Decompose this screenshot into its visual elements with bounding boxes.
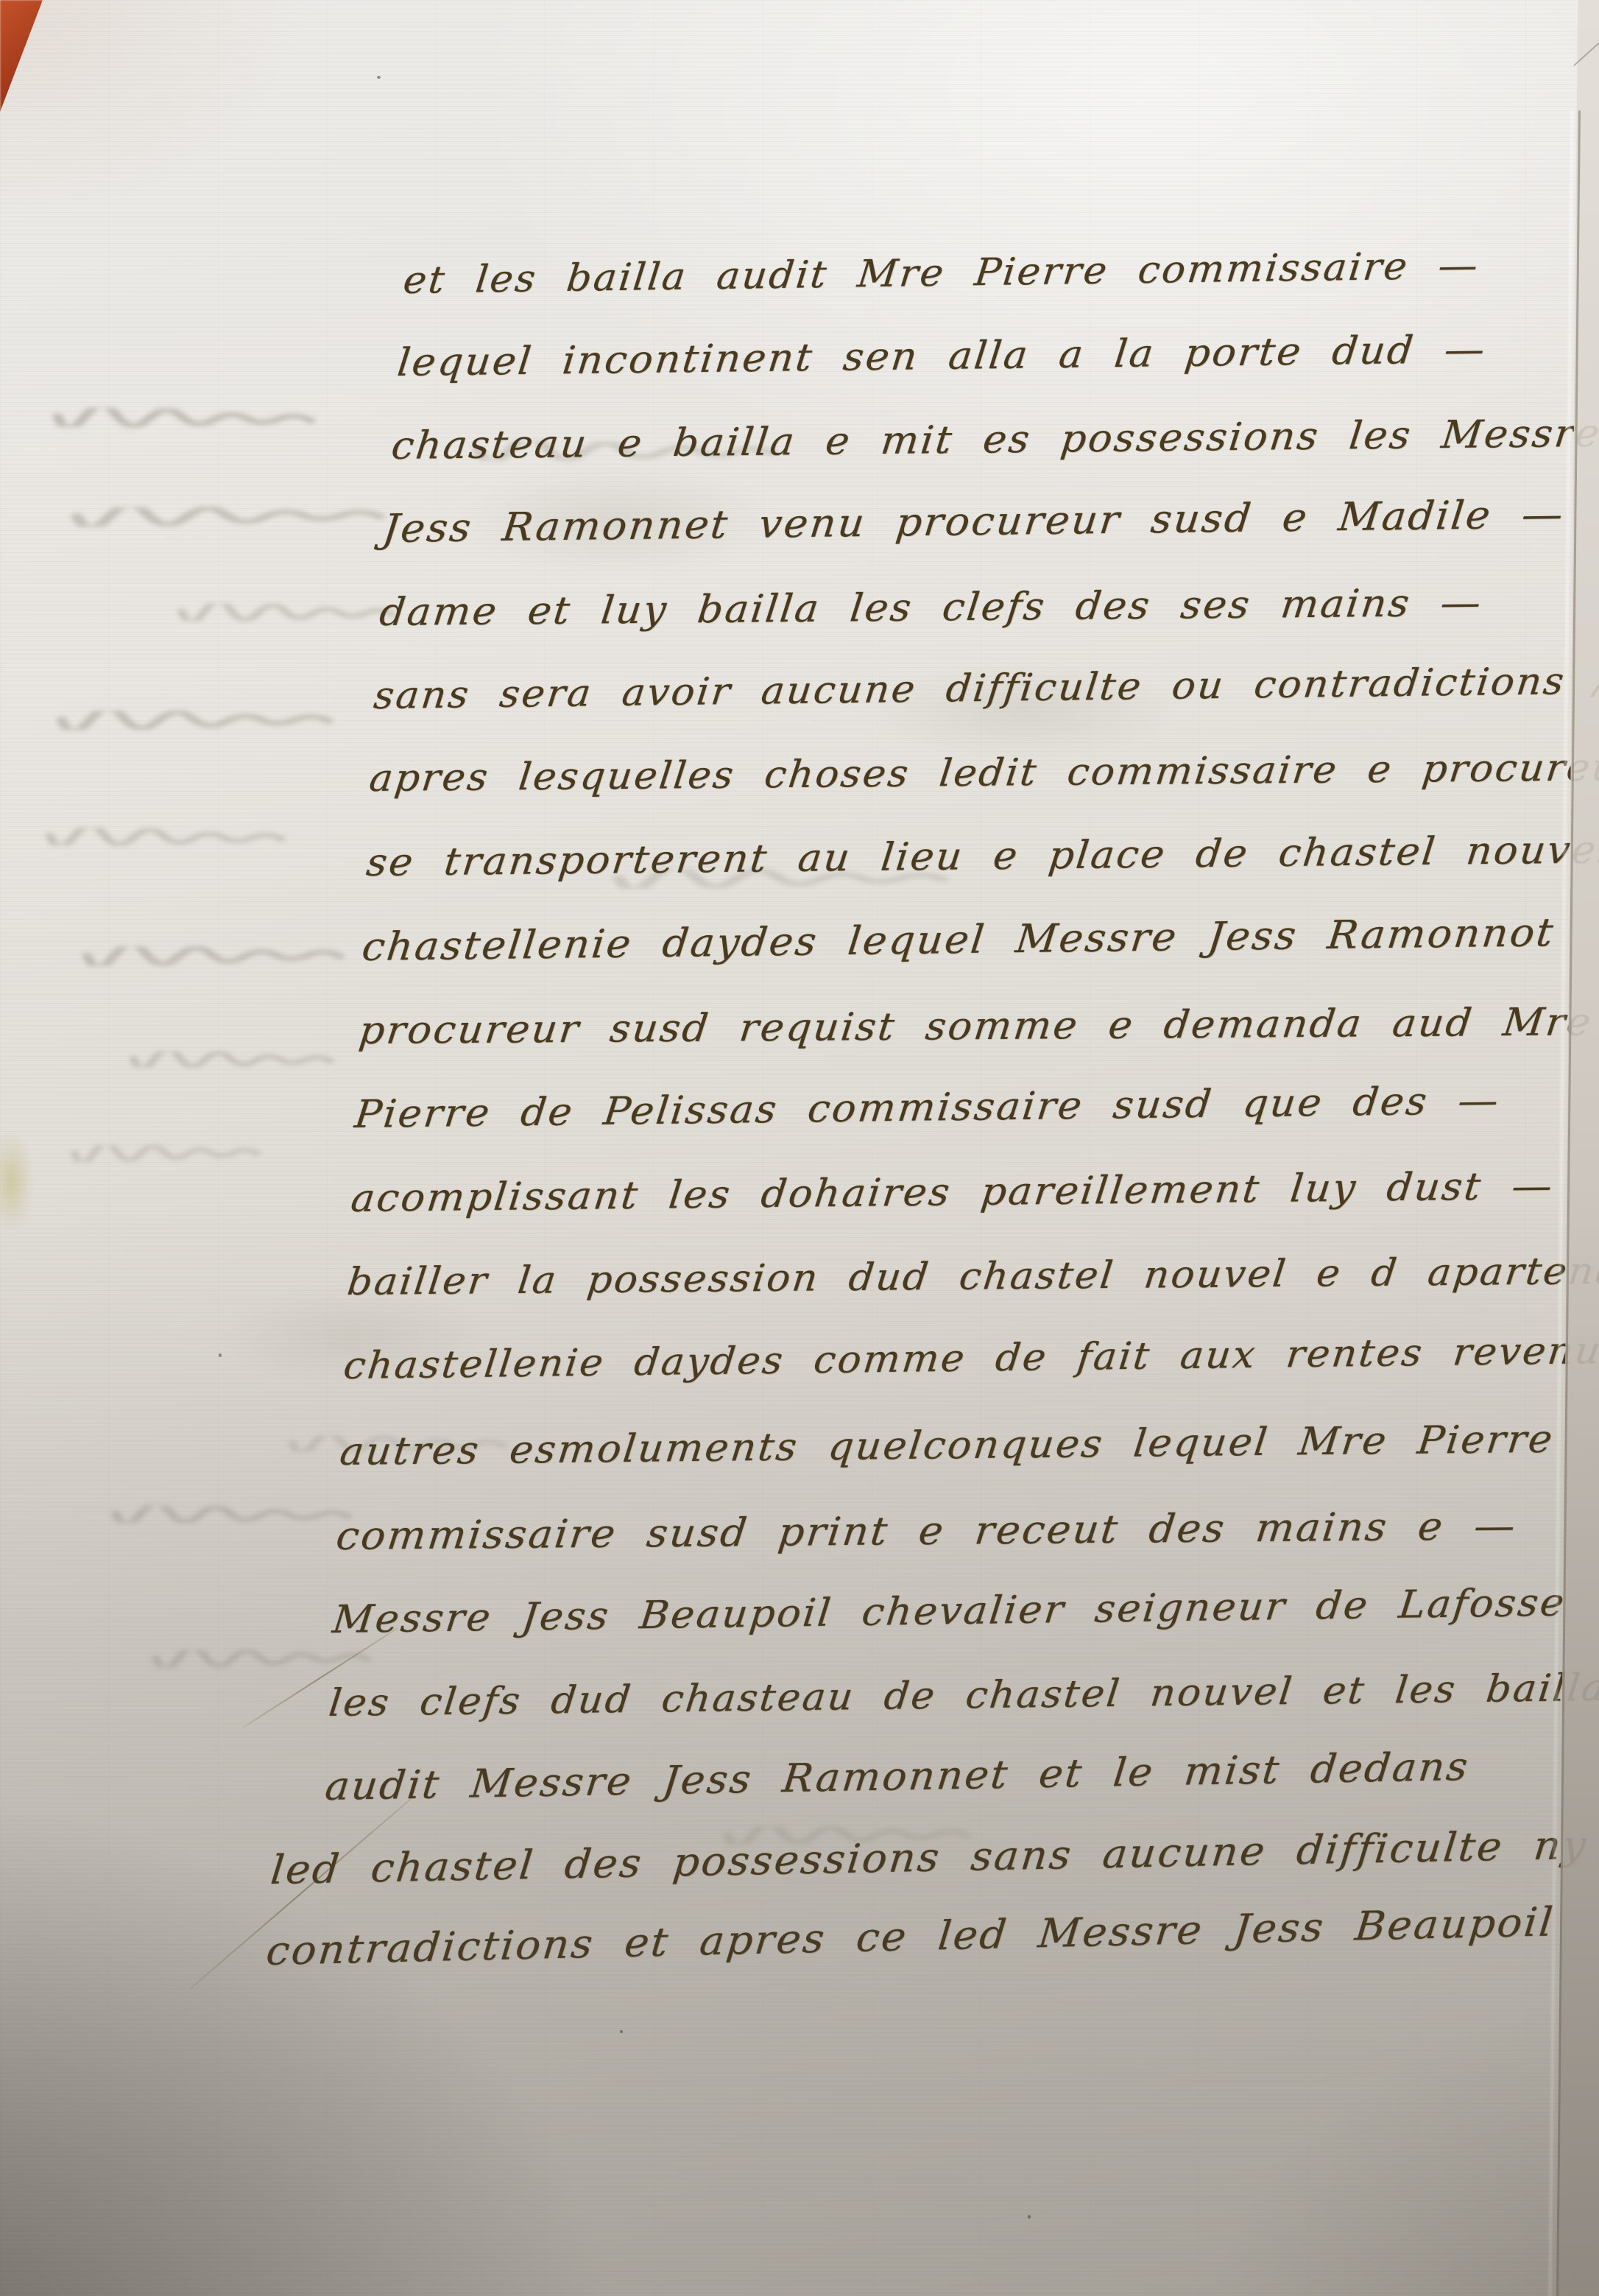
manuscript-line: autres esmoluments quelconques lequel Mr… <box>338 1418 1556 1474</box>
manuscript-line: chasteau e bailla e mit es possessions l… <box>389 411 1599 468</box>
manuscript-line: chastellenie daydes lequel Messre Jess R… <box>360 910 1557 970</box>
manuscript-line: dame et luy bailla les clefs des ses mai… <box>378 581 1485 635</box>
dirt-speck <box>620 2030 623 2033</box>
dirt-speck <box>1215 1611 1218 1614</box>
show-through-mark <box>55 710 335 730</box>
book-cover-corner <box>0 0 43 112</box>
manuscript-line: Messre Jess Beaupoil chevalier seigneur … <box>331 1581 1568 1642</box>
manuscript-line: apres lesquelles choses ledit commissair… <box>367 746 1599 800</box>
dirt-speck <box>1028 2215 1031 2219</box>
show-through-mark <box>44 828 287 847</box>
manuscript-line: se transporterent au lieu e place de cha… <box>364 828 1599 885</box>
manuscript-line: contradictions et apres ce led Messre Je… <box>264 1898 1557 1974</box>
manuscript-line: les clefs dud chasteau de chastel nouvel… <box>327 1666 1599 1725</box>
show-through-mark <box>70 505 386 527</box>
dirt-speck <box>219 1353 222 1357</box>
manuscript-line: lequel incontinent sen alla a la porte d… <box>395 328 1489 385</box>
show-through-mark <box>52 407 317 429</box>
manuscript-line: acomplissant les dohaires pareillement l… <box>349 1164 1556 1221</box>
ink-stain <box>0 1133 32 1230</box>
dirt-speck <box>377 76 381 79</box>
manuscript-line: et les bailla audit Mre Pierre commissai… <box>401 244 1482 303</box>
show-through-mark <box>81 945 346 966</box>
manuscript-line: bailler la possession dud chastel nouvel… <box>345 1249 1599 1304</box>
show-through-mark <box>177 603 398 622</box>
manuscript-line: procureur susd requist somme e demanda a… <box>357 1000 1595 1053</box>
manuscript-line: chastellenie daydes comme de fait aux re… <box>342 1328 1599 1388</box>
manuscript-line: sans sera avoir aucune difficulte ou con… <box>372 659 1599 718</box>
show-through-mark <box>110 1505 353 1524</box>
manuscript-line: commissaire susd print e receut des main… <box>334 1504 1519 1559</box>
show-through-mark <box>70 1144 261 1162</box>
manuscript-page-photo: et les bailla audit Mre Pierre commissai… <box>0 0 1599 2296</box>
manuscript-line: Pierre de Pelissas commissaire susd que … <box>353 1079 1503 1137</box>
show-through-mark <box>129 1052 335 1068</box>
manuscript-line: audit Messre Jess Ramonnet et le mist de… <box>323 1744 1472 1809</box>
dirt-speck <box>945 451 947 454</box>
